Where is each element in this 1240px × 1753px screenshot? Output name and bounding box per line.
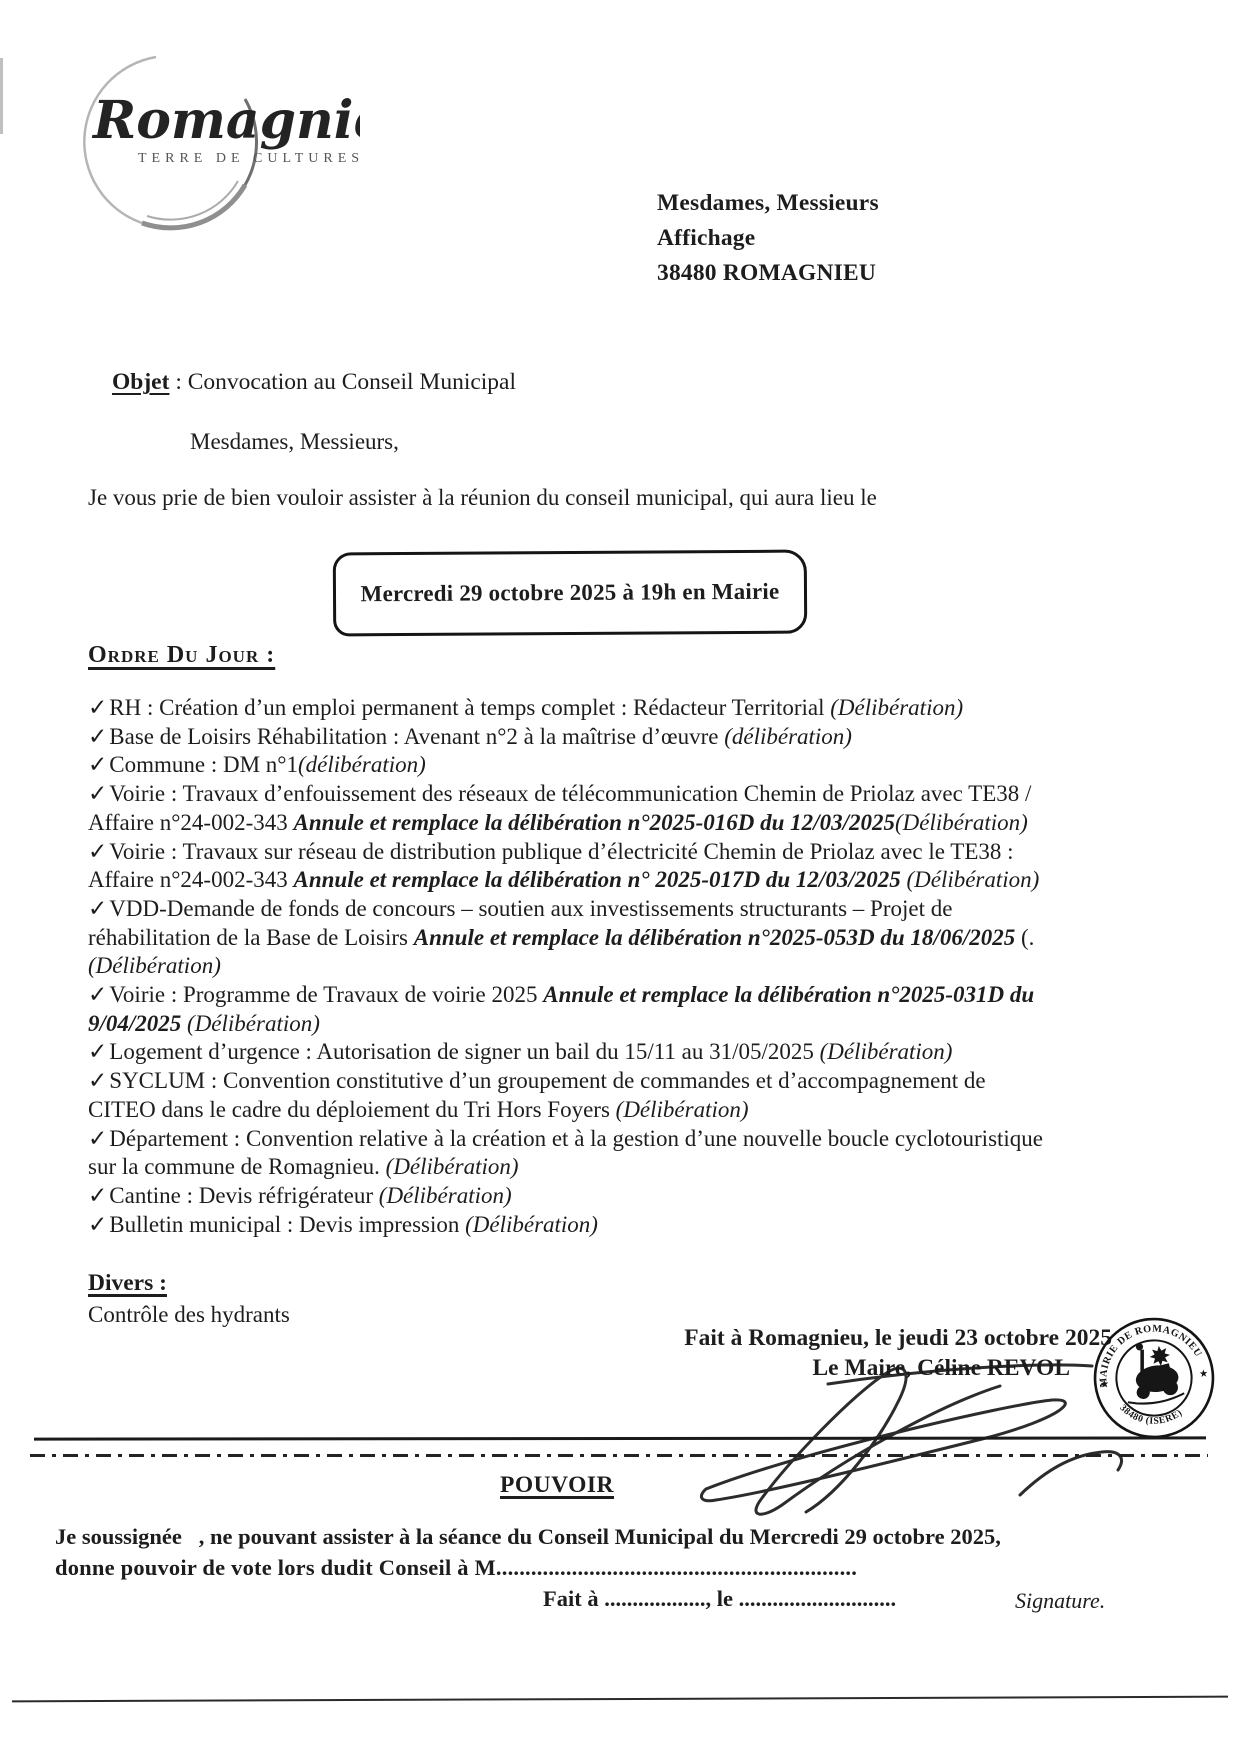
check-icon: ✓	[88, 1212, 109, 1237]
agenda-heading: Ordre Du Jour :	[88, 642, 275, 669]
stamp-star-left-icon: ★	[1100, 1379, 1110, 1391]
agenda-item: ✓Commune : DM n°1(délibération)	[88, 751, 1228, 780]
agenda-text-segment: (Délibération)	[386, 1154, 519, 1179]
agenda-text-segment: (Délibération)	[465, 1212, 598, 1237]
recipient-line: 38480 ROMAGNIEU	[657, 256, 879, 291]
stamp-star-right-icon: ★	[1199, 1368, 1209, 1380]
agenda-text-segment: (Délibération)	[895, 810, 1028, 835]
subject-label: Objet	[112, 369, 169, 395]
agenda-text-segment: (Délibération)	[181, 1011, 320, 1036]
agenda-item: ✓Bulletin municipal : Devis impression (…	[88, 1211, 1228, 1240]
intro-sentence: Je vous prie de bien vouloir assister à …	[88, 485, 877, 511]
check-icon: ✓	[88, 1068, 109, 1093]
romagnieu-logo: Romagnieu TERRE DE CULTURES	[55, 46, 360, 241]
agenda-text-segment: (délibération)	[298, 752, 426, 777]
agenda-text-segment: Logement d’urgence : Autorisation de sig…	[109, 1039, 819, 1064]
pouvoir-heading-text: POUVOIR	[500, 1472, 614, 1498]
check-icon: ✓	[88, 1183, 109, 1208]
agenda-text-segment: Affaire n°24-002-343	[88, 867, 294, 892]
agenda-text-segment: CITEO dans le cadre du déploiement du Tr…	[88, 1097, 616, 1122]
agenda-text-segment: (.	[1015, 925, 1034, 950]
check-icon: ✓	[88, 752, 109, 777]
svg-text:38480 (ISERE): 38480 (ISERE)	[1117, 1397, 1186, 1431]
pouvoir-heading: POUVOIR	[0, 1472, 1114, 1499]
agenda-text-segment: Annule et remplace la délibération n°202…	[543, 982, 1034, 1007]
stamp-arc-bottom-text: 38480 (ISERE)	[1117, 1397, 1186, 1431]
check-icon: ✓	[88, 1039, 109, 1064]
letter-page: Romagnieu TERRE DE CULTURES Mesdames, Me…	[0, 0, 1240, 1753]
pouvoir-line-1: Je soussignée , ne pouvant assister à la…	[55, 1524, 1001, 1550]
pouvoir-line-3: Fait à .................., le ..........…	[543, 1586, 896, 1612]
divers-text: Contrôle des hydrants	[88, 1302, 290, 1328]
agenda-item: ✓RH : Création d’un emploi permanent à t…	[88, 694, 1228, 723]
agenda-text-segment: (Délibération)	[820, 1039, 953, 1064]
agenda-text-segment: Département : Convention relative à la c…	[109, 1126, 1043, 1151]
agenda-text-segment: (Délibération)	[906, 867, 1039, 892]
agenda-text-segment: Voirie : Programme de Travaux de voirie …	[109, 982, 543, 1007]
divers-heading: Divers :	[88, 1270, 167, 1297]
agenda-text-segment: Cantine : Devis réfrigérateur	[109, 1183, 379, 1208]
agenda-item: ✓Voirie : Programme de Travaux de voirie…	[88, 981, 1228, 1038]
meeting-date-box: Mercredi 29 octobre 2025 à 19h en Mairie	[333, 550, 808, 637]
agenda-item: ✓Logement d’urgence : Autorisation de si…	[88, 1038, 1228, 1067]
agenda-text-segment: RH : Création d’un emploi permanent à te…	[109, 695, 830, 720]
agenda-text-segment: réhabilitation de la Base de Loisirs	[88, 925, 414, 950]
check-icon: ✓	[88, 1126, 109, 1151]
signature-stroke	[828, 1365, 1092, 1384]
agenda-text-segment: (Délibération)	[616, 1097, 749, 1122]
agenda-item: ✓SYCLUM : Convention constitutive d’un g…	[88, 1067, 1228, 1124]
check-icon: ✓	[88, 982, 109, 1007]
agenda-text-segment: Voirie : Travaux d’enfouissement des rés…	[109, 781, 1031, 806]
check-icon: ✓	[88, 839, 109, 864]
agenda-item: ✓Base de Loisirs Réhabilitation : Avenan…	[88, 723, 1228, 752]
subject-line: Objet : Convocation au Conseil Municipal	[112, 369, 516, 396]
agenda-text-segment: VDD-Demande de fonds de concours – souti…	[109, 896, 952, 921]
stamp-coat-of-arms	[1132, 1340, 1181, 1400]
logo-wordmark: Romagnieu	[91, 90, 360, 151]
recipient-line: Mesdames, Messieurs	[657, 186, 879, 221]
agenda-text-segment: Bulletin municipal : Devis impression	[109, 1212, 465, 1237]
agenda-item: ✓Voirie : Travaux sur réseau de distribu…	[88, 838, 1228, 895]
subject-text: : Convocation au Conseil Municipal	[169, 369, 516, 395]
check-icon: ✓	[88, 695, 109, 720]
scan-edge-artifact	[0, 58, 3, 134]
agenda-text-segment: (délibération)	[724, 724, 852, 749]
signature-label: Signature.	[1015, 1588, 1105, 1614]
agenda-text-segment: Base de Loisirs Réhabilitation : Avenant…	[109, 724, 724, 749]
check-icon: ✓	[88, 781, 109, 806]
agenda-text-segment: Annule et remplace la délibération n°202…	[414, 925, 1015, 950]
recipient-line: Affichage	[657, 221, 879, 256]
agenda-text-segment: Voirie : Travaux sur réseau de distribut…	[109, 839, 1013, 864]
pouvoir-line-2: donne pouvoir de vote lors dudit Conseil…	[55, 1555, 857, 1581]
mairie-stamp: MAIRIE DE ROMAGNIEU 38480 (ISERE) ★ ★	[1092, 1316, 1216, 1440]
agenda-text-segment: Affaire n°24-002-343	[88, 810, 294, 835]
agenda-text-segment: Annule et remplace la délibération n° 20…	[294, 867, 907, 892]
agenda-list: ✓RH : Création d’un emploi permanent à t…	[88, 694, 1228, 1239]
agenda-item: ✓Département : Convention relative à la …	[88, 1125, 1228, 1182]
check-icon: ✓	[88, 724, 109, 749]
separator-dashdot-line	[30, 1454, 1208, 1457]
stamp-ground-line	[1128, 1393, 1185, 1405]
agenda-item: ✓Voirie : Travaux d’enfouissement des ré…	[88, 780, 1228, 837]
agenda-text-segment: 9/04/2025	[88, 1011, 181, 1036]
logo-ring-arc	[147, 181, 238, 220]
agenda-text-segment: (Délibération)	[830, 695, 963, 720]
logo-tagline: TERRE DE CULTURES	[138, 151, 360, 166]
scan-bottom-edge	[12, 1696, 1228, 1703]
recipient-block: Mesdames, Messieurs Affichage 38480 ROMA…	[657, 186, 879, 291]
agenda-text-segment: Annule et remplace la délibération n°202…	[294, 810, 895, 835]
agenda-text-segment: Commune : DM n°1	[109, 752, 298, 777]
agenda-text-segment: (Délibération)	[88, 953, 221, 978]
agenda-text-segment: (Délibération)	[379, 1183, 512, 1208]
check-icon: ✓	[88, 896, 109, 921]
agenda-text-segment: SYCLUM : Convention constitutive d’un gr…	[109, 1068, 985, 1093]
salutation: Mesdames, Messieurs,	[190, 429, 399, 455]
agenda-text-segment: sur la commune de Romagnieu.	[88, 1154, 386, 1179]
agenda-item: ✓Cantine : Devis réfrigérateur (Délibéra…	[88, 1182, 1228, 1211]
meeting-date-text: Mercredi 29 octobre 2025 à 19h en Mairie	[361, 579, 780, 608]
agenda-item: ✓VDD-Demande de fonds de concours – sout…	[88, 895, 1228, 981]
